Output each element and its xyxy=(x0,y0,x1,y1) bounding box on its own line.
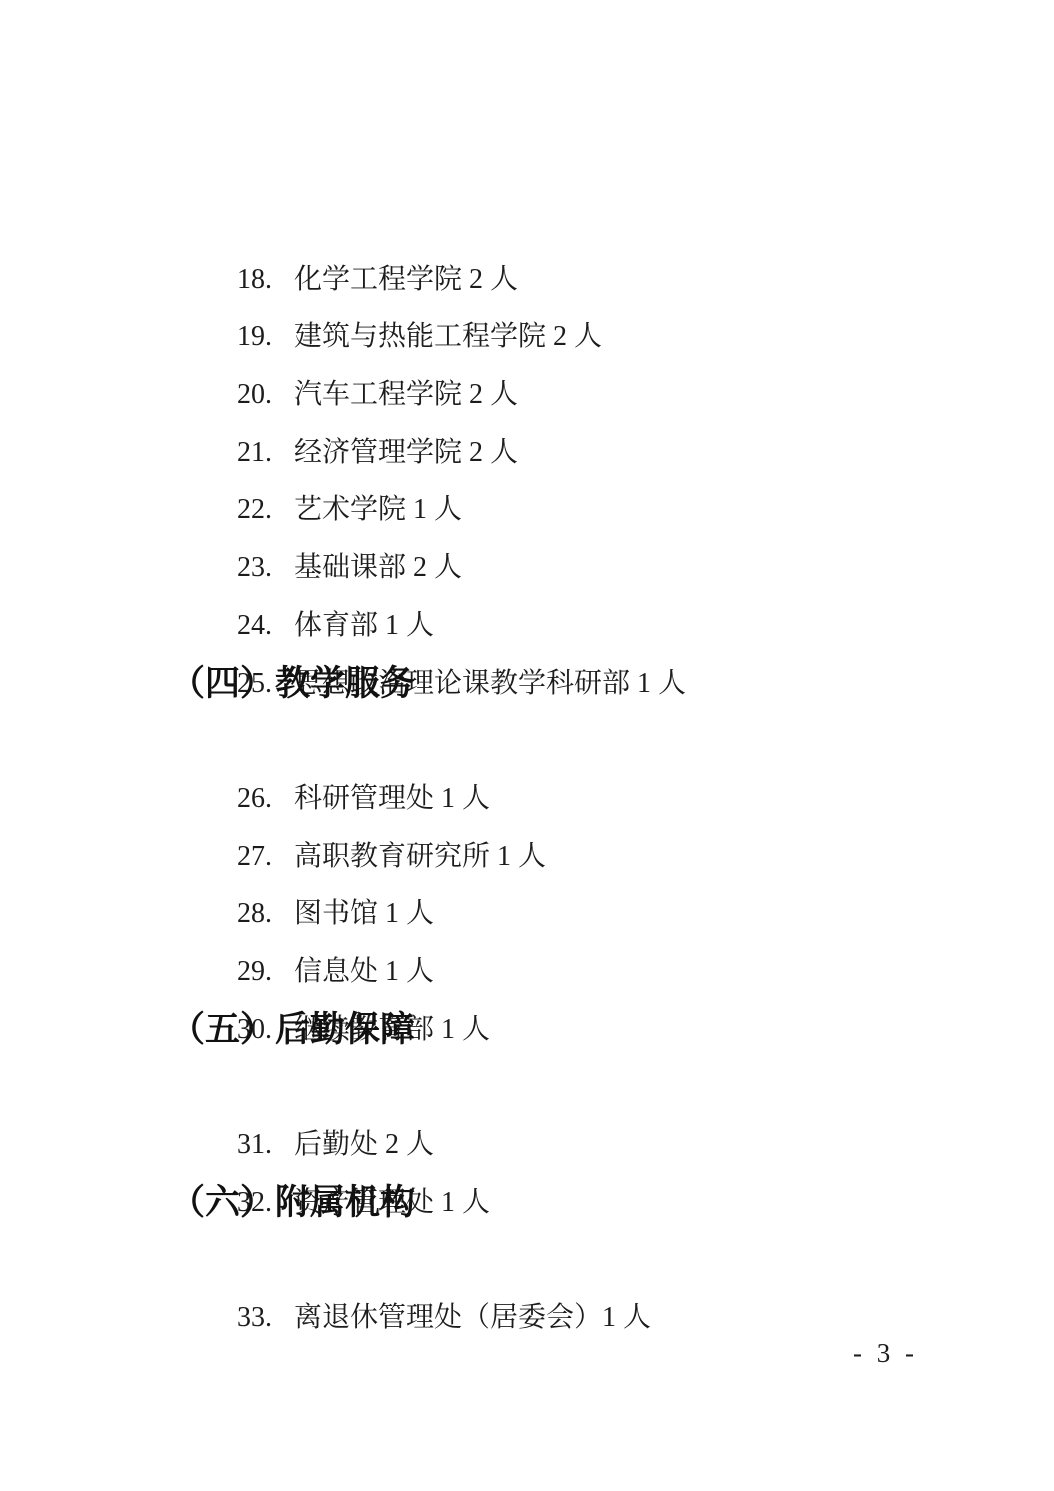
item-text: 汽车工程学院 2 人 xyxy=(294,379,518,410)
list-item: 18.化学工程学院 2 人 xyxy=(0,193,1054,251)
item-text: 体育部 1 人 xyxy=(294,610,434,641)
list-item: 19.建筑与热能工程学院 2 人 xyxy=(0,251,1054,309)
list-item: 21.经济管理学院 2 人 xyxy=(0,366,1054,424)
item-number: 26. xyxy=(237,770,294,828)
item-text: 高职教育研究所 1 人 xyxy=(294,841,546,872)
item-number: 33. xyxy=(237,1289,294,1347)
item-number: 18. xyxy=(237,251,294,309)
item-number: 28. xyxy=(237,885,294,943)
section-heading: （五）后勤保障 xyxy=(0,1001,1054,1059)
section-heading: （六）附属机构 xyxy=(0,1174,1054,1232)
item-text: 基础课部 2 人 xyxy=(294,552,462,583)
item-text: 科研管理处 1 人 xyxy=(294,783,490,814)
item-number: 29. xyxy=(237,943,294,1001)
item-number: 24. xyxy=(237,597,294,655)
list-item: 26.科研管理处 1 人 xyxy=(0,712,1054,770)
item-number: 19. xyxy=(237,308,294,366)
document-page: 18.化学工程学院 2 人 19.建筑与热能工程学院 2 人 20.汽车工程学院… xyxy=(0,0,1054,1491)
item-number: 22. xyxy=(237,481,294,539)
list-item: 30.继续教育部 1 人 xyxy=(0,943,1054,1001)
list-item: 22.艺术学院 1 人 xyxy=(0,424,1054,482)
page-number: - 3 - xyxy=(853,1338,918,1369)
item-text: 艺术学院 1 人 xyxy=(294,494,462,525)
list-item: 25.思想政治理论课教学科研部 1 人 xyxy=(0,597,1054,655)
item-text: 化学工程学院 2 人 xyxy=(294,264,518,295)
item-number: 31. xyxy=(237,1116,294,1174)
item-text: 建筑与热能工程学院 2 人 xyxy=(294,321,602,352)
item-text: 后勤处 2 人 xyxy=(294,1129,434,1160)
item-number: 23. xyxy=(237,539,294,597)
list-item: 32.资产管理处 1 人 xyxy=(0,1116,1054,1174)
item-text: 离退休管理处（居委会）1 人 xyxy=(294,1302,651,1333)
item-number: 21. xyxy=(237,424,294,482)
item-text: 图书馆 1 人 xyxy=(294,898,434,929)
item-text: 信息处 1 人 xyxy=(294,956,434,987)
list-item: 27.高职教育研究所 1 人 xyxy=(0,770,1054,828)
list-item: 33.离退休管理处（居委会）1 人 xyxy=(0,1231,1054,1289)
list-item: 23.基础课部 2 人 xyxy=(0,481,1054,539)
item-number: 27. xyxy=(237,828,294,886)
list-item: 24.体育部 1 人 xyxy=(0,539,1054,597)
item-number: 20. xyxy=(237,366,294,424)
item-text: 经济管理学院 2 人 xyxy=(294,437,518,468)
list-item: 29.信息处 1 人 xyxy=(0,885,1054,943)
document-content: 18.化学工程学院 2 人 19.建筑与热能工程学院 2 人 20.汽车工程学院… xyxy=(0,193,1054,1289)
list-item: 31.后勤处 2 人 xyxy=(0,1058,1054,1116)
